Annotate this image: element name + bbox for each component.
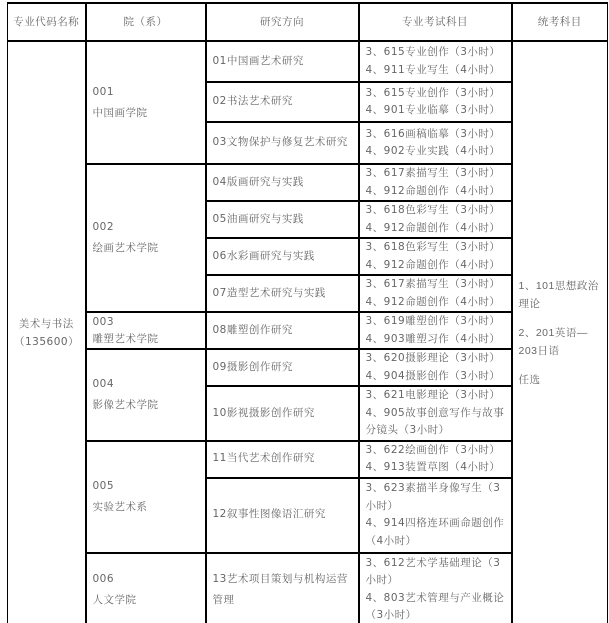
exam-subject: 4、912命题创作（4小时） [366,257,505,275]
unified-exam-cell: 1、101思想政治理论 2、201英语—203日语 任选 [512,41,608,623]
exam-subject: 3、616画稿临摹（3小时） [366,126,505,144]
exam-subject: 3、617素描写生（3小时） [366,165,505,183]
table-row: 美术与书法 （135600） 001 中国画学院 01中国画艺术研究 3、615… [8,41,608,82]
research-direction: 04版画研究与实践 [206,164,359,201]
department-name: 中国画学院 [93,103,199,124]
department-code: 005 [93,476,199,497]
exam-subject: 3、621电影理论（3小时） [366,387,505,405]
header-unified-exam: 统考科目 [512,3,608,41]
exam-subject: 4、905故事创意写作与故事分镜头（3小时） [366,405,505,440]
exam-subject: 4、912命题创作（4小时） [366,294,505,312]
research-direction: 10影视摄影创作研究 [206,386,359,441]
department-name: 影像艺术学院 [93,395,199,416]
exam-subject: 4、913装置草图（4小时） [366,459,505,477]
header-professional-exam: 专业考试科目 [359,3,512,41]
exam-cell: 3、618色彩写生（3小时） 4、912命题创作（4小时） [359,238,512,275]
research-direction: 13艺术项目策划与机构运营管理 [206,553,359,623]
unified-exam-politics: 1、101思想政治理论 [519,278,602,313]
header-department: 院（系） [86,3,206,41]
exam-cell: 3、617素描写生（3小时） 4、912命题创作（4小时） [359,275,512,312]
major-code: （135600） [14,334,79,352]
unified-exam-language: 2、201英语—203日语 [519,325,602,360]
department-name: 绘画艺术学院 [93,238,199,259]
department-cell: 002 绘画艺术学院 [86,164,206,312]
research-direction: 09摄影创作研究 [206,349,359,386]
exam-subject: 3、623素描半身像写生（3小时） [366,480,505,515]
department-code: 006 [93,569,199,590]
exam-subject: 3、615专业创作（3小时） [366,44,505,62]
department-name: 实验艺术系 [93,497,199,518]
exam-subject: 4、914四格连环画命题创作（4小时） [366,515,505,550]
research-direction: 07造型艺术研究与实践 [206,275,359,312]
exam-subject: 3、622绘画创作（3小时） [366,442,505,460]
exam-subject: 4、912命题创作（4小时） [366,220,505,238]
department-cell: 003 雕塑艺术学院 [86,312,206,349]
exam-subject: 4、902专业实践（4小时） [366,143,505,161]
department-cell: 001 中国画学院 [86,41,206,164]
exam-cell: 3、612艺术学基础理论（3小时） 4、803艺术管理与产业概论（3小时） [359,553,512,623]
exam-subject: 4、911专业写生（4小时） [366,62,505,80]
exam-cell: 3、619雕塑创作（3小时） 4、903雕塑习作（4小时） [359,312,512,349]
exam-subject: 4、912命题创作（4小时） [366,183,505,201]
department-cell: 004 影像艺术学院 [86,349,206,441]
exam-cell: 3、616画稿临摹（3小时） 4、902专业实践（4小时） [359,122,512,164]
exam-subject: 4、904摄影创作（3小时） [366,368,505,386]
research-direction: 06水彩画研究与实践 [206,238,359,275]
exam-subject: 4、803艺术管理与产业概论（3小时） [366,590,505,623]
admissions-table: 专业代码名称 院（系） 研究方向 专业考试科目 统考科目 美术与书法 （1356… [7,2,608,623]
major-name: 美术与书法 [14,316,79,334]
research-direction: 08雕塑创作研究 [206,312,359,349]
unified-exam-note: 任选 [519,372,602,390]
exam-subject: 3、617素描写生（3小时） [366,276,505,294]
research-direction: 11当代艺术创作研究 [206,441,359,478]
exam-subject: 3、618色彩写生（3小时） [366,202,505,220]
header-research-direction: 研究方向 [206,3,359,41]
exam-subject: 4、903雕塑习作（4小时） [366,331,505,349]
department-cell: 006 人文学院 [86,553,206,623]
department-code: 004 [93,374,199,395]
header-major-code-name: 专业代码名称 [8,3,86,41]
exam-cell: 3、622绘画创作（3小时） 4、913装置草图（4小时） [359,441,512,478]
exam-cell: 3、620摄影理论（3小时） 4、904摄影创作（3小时） [359,349,512,386]
exam-cell: 3、615专业创作（3小时） 4、901专业临摹（3小时） [359,82,512,122]
research-direction: 12叙事性图像语汇研究 [206,478,359,553]
exam-cell: 3、623素描半身像写生（3小时） 4、914四格连环画命题创作（4小时） [359,478,512,553]
research-direction: 01中国画艺术研究 [206,41,359,82]
exam-cell: 3、618色彩写生（3小时） 4、912命题创作（4小时） [359,201,512,238]
exam-cell: 3、615专业创作（3小时） 4、911专业写生（4小时） [359,41,512,82]
exam-cell: 3、617素描写生（3小时） 4、912命题创作（4小时） [359,164,512,201]
exam-subject: 3、612艺术学基础理论（3小时） [366,555,505,590]
header-row: 专业代码名称 院（系） 研究方向 专业考试科目 统考科目 [8,3,608,41]
department-name: 雕塑艺术学院 [93,331,199,348]
research-direction: 05油画研究与实践 [206,201,359,238]
department-cell: 005 实验艺术系 [86,441,206,553]
exam-subject: 3、615专业创作（3小时） [366,85,505,103]
research-direction: 03文物保护与修复艺术研究 [206,122,359,164]
exam-subject: 3、620摄影理论（3小时） [366,350,505,368]
research-direction: 02书法艺术研究 [206,82,359,122]
department-code: 002 [93,217,199,238]
department-code: 001 [93,82,199,103]
exam-subject: 4、901专业临摹（3小时） [366,102,505,120]
major-cell: 美术与书法 （135600） [8,41,86,623]
exam-cell: 3、621电影理论（3小时） 4、905故事创意写作与故事分镜头（3小时） [359,386,512,441]
exam-subject: 3、618色彩写生（3小时） [366,239,505,257]
exam-subject: 3、619雕塑创作（3小时） [366,313,505,331]
department-name: 人文学院 [93,590,199,611]
department-code: 003 [93,314,199,331]
